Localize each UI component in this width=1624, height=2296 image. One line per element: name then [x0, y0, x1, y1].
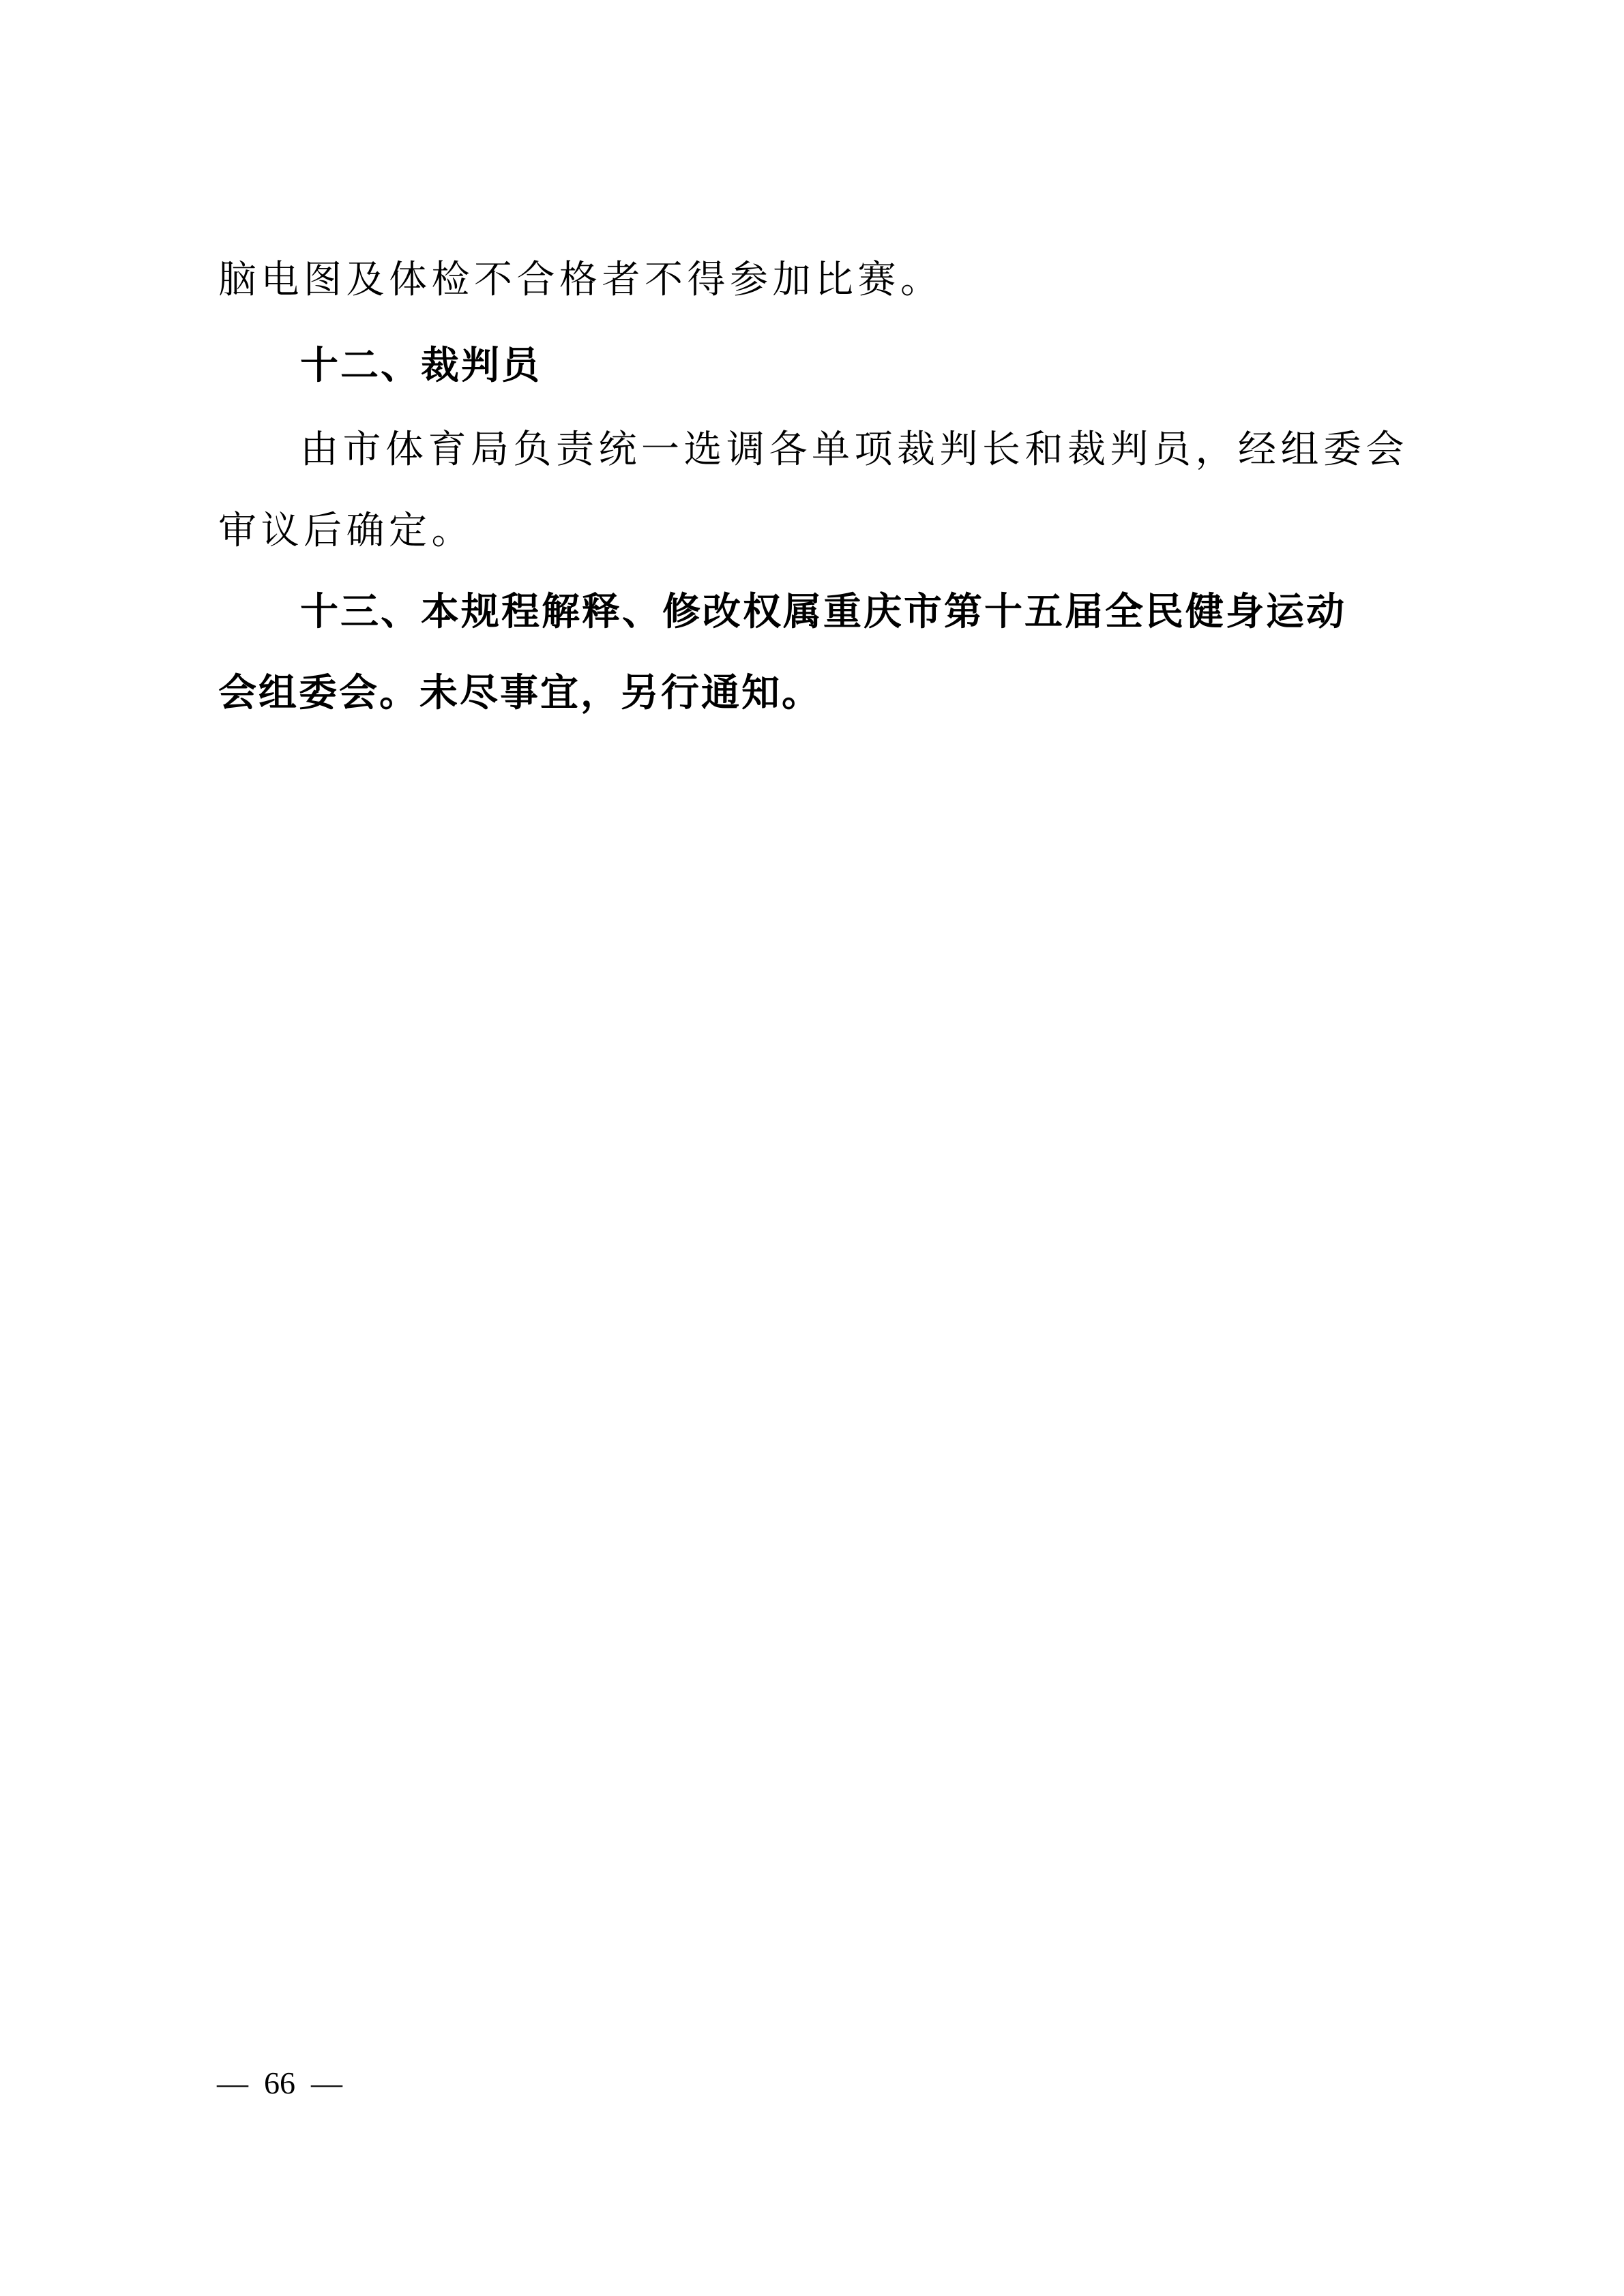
document-page: 脑电图及体检不合格者不得参加比赛。 十二、裁判员 由市体育局负责统一选调各单项裁…	[0, 0, 1624, 2296]
page-number: 66	[264, 2066, 295, 2100]
section-heading-interpretation-cont: 会组委会。未尽事宜，另行通知。	[218, 670, 1434, 717]
footer-right-dash: —	[311, 2066, 342, 2100]
body-line-eeg-requirement: 脑电图及体检不合格者不得参加比赛。	[218, 256, 1434, 304]
section-heading-interpretation: 十三、本规程解释、修改权属重庆市第十五届全民健身运动	[300, 588, 1434, 636]
body-line-referee-selection: 由市体育局负责统一选调各单项裁判长和裁判员，经组委会	[300, 426, 1434, 474]
body-line-referee-approval: 审议后确定。	[218, 507, 1434, 555]
section-heading-referees: 十二、裁判员	[300, 342, 1434, 390]
page-footer: — 66 —	[217, 2059, 342, 2107]
footer-left-dash: —	[217, 2066, 248, 2100]
